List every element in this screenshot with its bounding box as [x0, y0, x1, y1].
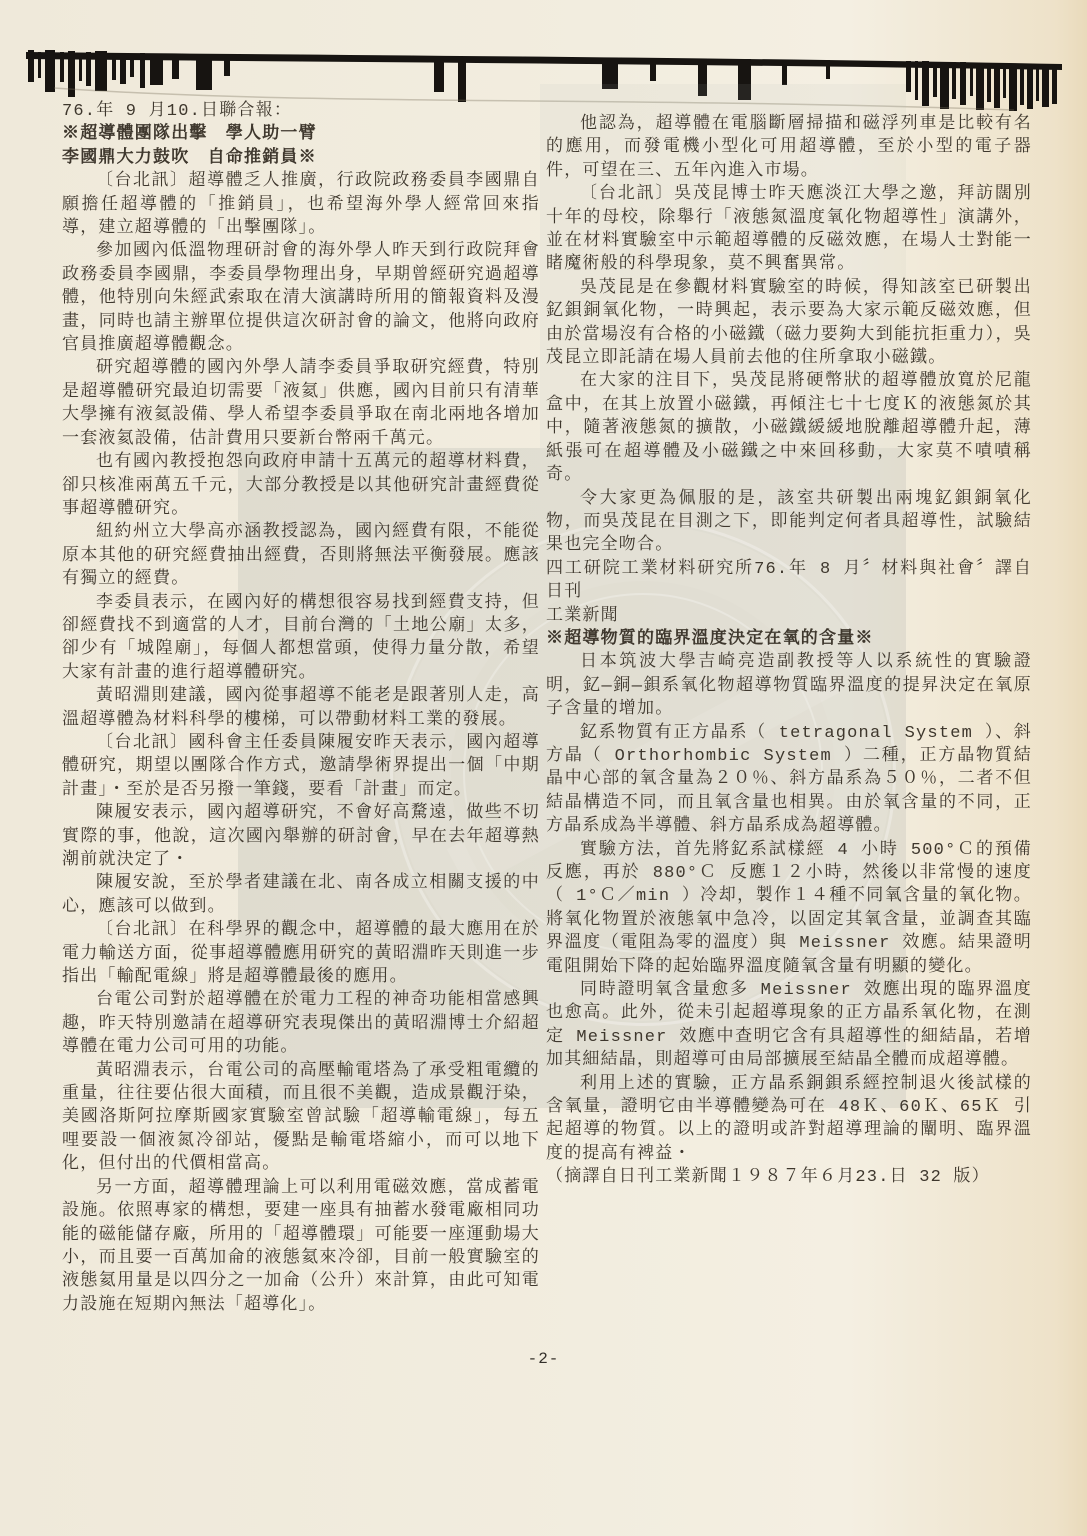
- article-headline-line1: ※超導體團隊出擊 學人助一臂: [62, 123, 540, 146]
- second-article-headline: ※超導物質的臨界溫度決定在氧的含量※: [546, 628, 1032, 651]
- paragraph-left-9: 陳履安表示，國內超導研究，不會好高騖遠，做些不切實際的事，他說，這次國內舉辦的研…: [62, 802, 540, 872]
- paragraph-right-7: 釔系物質有正方晶系（ tetragonal System ）、斜方晶（ Orth…: [546, 722, 1032, 839]
- dateline: 76.年 9 月10.日聯合報：: [62, 100, 540, 123]
- paragraph-right-8: 實驗方法，首先將釔系試樣經 4 小時 500°Ｃ的預備反應，再於 880°Ｃ 反…: [546, 839, 1032, 979]
- right-column: 他認為，超導體在電腦斷層掃描和磁浮列車是比較有名的應用，而發電機小型化可用超導體…: [546, 100, 1032, 1190]
- paragraph-left-7: 黃昭淵則建議，國內從事超導不能老是跟著別人走，高溫超導體為材料科學的樓梯，可以帶…: [62, 685, 540, 732]
- paragraph-right-10: 利用上述的實驗，正方晶系銅鋇系經控制退火後試樣的含氧量，證明它由半導體變為可在 …: [546, 1073, 1032, 1167]
- paragraph-left-6: 李委員表示，在國內好的構想很容易找到經費支持，但卻經費找不到適當的人才，目前台灣…: [62, 592, 540, 686]
- paragraph-left-4: 也有國內教授抱怨向政府申請十五萬元的超導材料費，卻只核准兩萬五千元，大部分教授是…: [62, 451, 540, 521]
- paragraph-right-6: 日本筑波大學吉崎亮造副教授等人以系統性的實驗證明，釔—銅—鋇系氧化物超導物質臨界…: [546, 651, 1032, 721]
- article-headline-line2: 李國鼎大力鼓吹 自命推銷員※: [62, 147, 540, 170]
- source-note-line2: 工業新聞: [546, 605, 1032, 628]
- page-number: -2-: [0, 1350, 1087, 1368]
- paragraph-right-3: 吳茂昆是在參觀材料實驗室的時候，得知該室已研製出釔鋇銅氧化物，一時興起，表示要為…: [546, 277, 1032, 371]
- source-note-line1: 四工研院工業材料研究所76.年 8 月〞材料與社會〞譯自日刊: [546, 558, 1032, 605]
- paragraph-right-4: 在大家的注目下，吳茂昆將硬幣狀的超導體放寬於尼龍盒中，在其上放置小磁鐵，再傾注七…: [546, 370, 1032, 487]
- paragraph-left-5: 紐約州立大學高亦涵教授認為，國內經費有限，不能從原本其他的研究經費抽出經費，否則…: [62, 521, 540, 591]
- paragraph-right-2: 〔台北訊〕吳茂昆博士昨天應淡江大學之邀，拜訪闊別十年的母校，除舉行「液態氮溫度氧…: [546, 183, 1032, 277]
- paragraph-left-1: 〔台北訊〕超導體乏人推廣，行政院政務委員李國鼎自願擔任超導體的「推銷員」，也希望…: [62, 170, 540, 240]
- paragraph-right-5: 令大家更為佩服的是，該室共研製出兩塊釔鋇銅氧化物，而吳茂昆在目測之下，即能判定何…: [546, 488, 1032, 558]
- paragraph-left-11: 〔台北訊〕在科學界的觀念中，超導體的最大應用在於電力輸送方面，從事超導體應用研究…: [62, 919, 540, 989]
- paragraph-left-8: 〔台北訊〕國科會主任委員陳履安昨天表示，國內超導體研究，期望以團隊合作方式，邀請…: [62, 732, 540, 802]
- paragraph-left-3: 研究超導體的國內外學人請李委員爭取研究經費，特別是超導體研究最迫切需要「液氦」供…: [62, 357, 540, 451]
- paragraph-left-14: 另一方面，超導體理論上可以利用電磁效應，當成蓄電設施。依照專家的構想，要建一座具…: [62, 1177, 540, 1317]
- scanned-newspaper-clipping-page: 76.年 9 月10.日聯合報： ※超導體團隊出擊 學人助一臂 李國鼎大力鼓吹 …: [0, 0, 1087, 1536]
- paragraph-left-13: 黃昭淵表示，台電公司的高壓輸電塔為了承受粗電纜的重量，往往要佔很大面積，而且很不…: [62, 1060, 540, 1177]
- paragraph-left-2: 參加國內低溫物理研討會的海外學人昨天到行政院拜會政務委員李國鼎，李委員學物理出身…: [62, 240, 540, 357]
- left-column: 76.年 9 月10.日聯合報： ※超導體團隊出擊 學人助一臂 李國鼎大力鼓吹 …: [62, 100, 540, 1317]
- paragraph-left-12: 台電公司對於超導體在於電力工程的神奇功能相當感興趣，昨天特別邀請在超導研究表現傑…: [62, 989, 540, 1059]
- paragraph-left-10: 陳履安說，至於學者建議在北、南各成立相關支援的中心，應該可以做到。: [62, 872, 540, 919]
- citation-line: （摘譯自日刊工業新聞１９８７年６月23.日 32 版）: [546, 1166, 1032, 1189]
- paragraph-right-1: 他認為，超導體在電腦斷層掃描和磁浮列車是比較有名的應用，而發電機小型化可用超導體…: [546, 113, 1032, 183]
- paragraph-right-9: 同時證明氧含量愈多 Meissner 效應出現的臨界溫度也愈高。此外，從未引起超…: [546, 979, 1032, 1073]
